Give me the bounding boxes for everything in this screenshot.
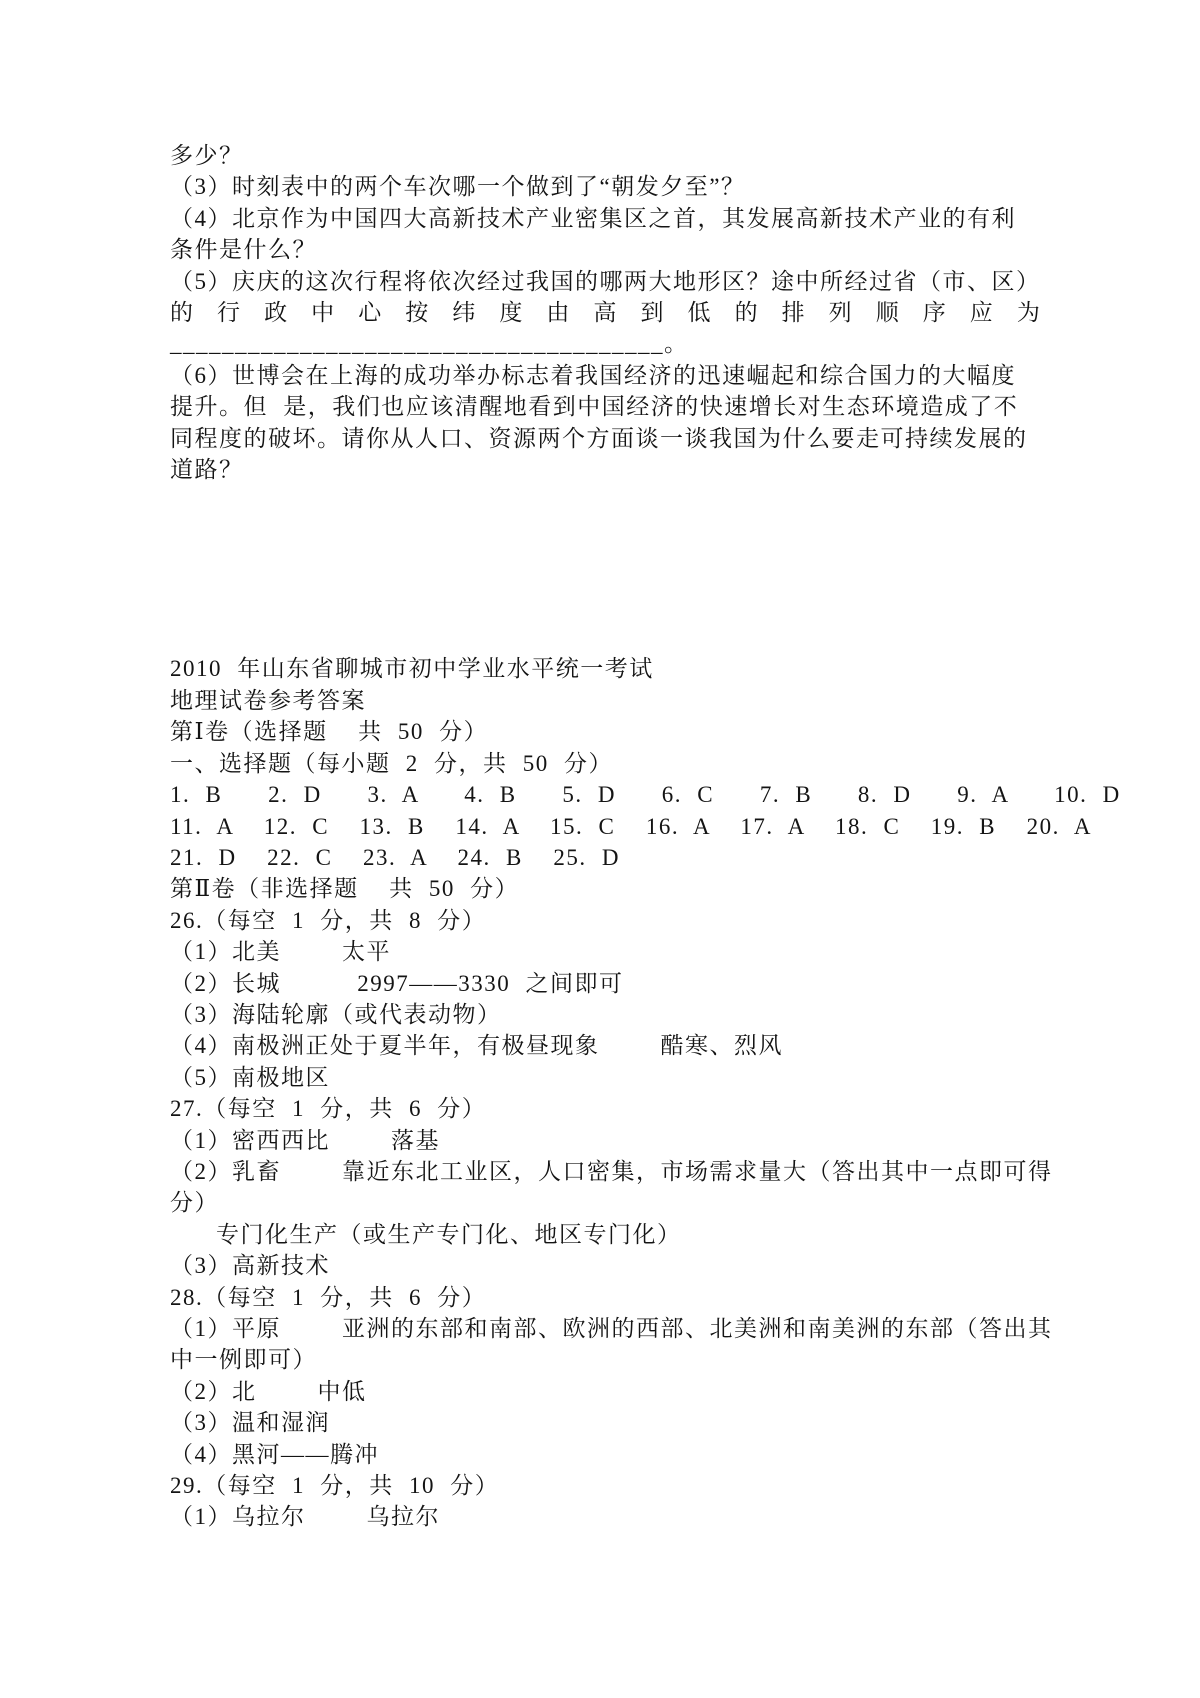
justified-char: 纬 <box>452 297 475 328</box>
multiple-choice-heading: 一、选择题（每小题 2 分，共 50 分） <box>170 748 1040 779</box>
text-line: 条件是什么？ <box>170 234 1040 265</box>
question-29-heading: 29.（每空 1 分，共 10 分） <box>170 1470 1040 1501</box>
text-line: （1）乌拉尔 乌拉尔 <box>170 1501 1040 1532</box>
answer-key-title: 地理试卷参考答案 <box>170 685 1040 716</box>
justified-char: 应 <box>970 297 993 328</box>
text-line: 同程度的破坏。请你从人口、资源两个方面谈一谈我国为什么要走可持续发展的 <box>170 423 1040 454</box>
justified-char: 心 <box>358 297 381 328</box>
text-line: 中一例即可） <box>170 1344 1040 1375</box>
text-line: （3）高新技术 <box>170 1250 1040 1281</box>
text-line: （5）南极地区 <box>170 1062 1040 1093</box>
text-line: （6）世博会在上海的成功举办标志着我国经济的迅速崛起和综合国力的大幅度 <box>170 360 1040 391</box>
text-line: 分） <box>170 1187 1040 1218</box>
text-line: （3）海陆轮廓（或代表动物） <box>170 999 1040 1030</box>
text-line: 提升。但 是，我们也应该清醒地看到中国经济的快速增长对生态环境造成了不 <box>170 391 1040 422</box>
text-line: 道路？ <box>170 454 1040 485</box>
blank-answer-line: ______________________________________。 <box>170 328 1040 359</box>
justified-char: 的 <box>735 297 758 328</box>
text-line: （5）庆庆的这次行程将依次经过我国的哪两大地形区？途中所经过省（市、区） <box>170 266 1040 297</box>
text-line: 多少？ <box>170 140 1040 171</box>
justified-char: 顺 <box>876 297 899 328</box>
text-line: （1）平原 亚洲的东部和南部、欧洲的西部、北美洲和南美洲的东部（答出其 <box>170 1313 1040 1344</box>
choice-answers-row-3: 21. D 22. C 23. A 24. B 25. D <box>170 842 1040 873</box>
justified-char: 为 <box>1017 297 1040 328</box>
question-27-heading: 27.（每空 1 分，共 6 分） <box>170 1093 1040 1124</box>
justified-char: 高 <box>593 297 616 328</box>
justified-char: 的 <box>170 297 193 328</box>
text-line: （1）北美 太平 <box>170 936 1040 967</box>
text-line: （4）南极洲正处于夏半年，有极昼现象 酷寒、烈风 <box>170 1030 1040 1061</box>
text-line: （4）北京作为中国四大高新技术产业密集区之首，其发展高新技术产业的有利 <box>170 203 1040 234</box>
justified-char: 按 <box>405 297 428 328</box>
justified-char: 序 <box>923 297 946 328</box>
text-line: 的行政中心按纬度由高到低的排列顺序应为 <box>170 297 1040 328</box>
text-line: （2）长城 2997——3330 之间即可 <box>170 968 1040 999</box>
justified-char: 由 <box>546 297 569 328</box>
text-line: （2）乳畜 靠近东北工业区，人口密集，市场需求量大（答出其中一点即可得 <box>170 1156 1040 1187</box>
text-line: （3）时刻表中的两个车次哪一个做到了“朝发夕至”？ <box>170 171 1040 202</box>
justified-char: 中 <box>311 297 334 328</box>
justified-char: 低 <box>688 297 711 328</box>
justified-char: 列 <box>829 297 852 328</box>
text-line <box>170 485 1040 653</box>
choice-answers-row-2: 11. A 12. C 13. B 14. A 15. C 16. A 17. … <box>170 811 1040 842</box>
justified-char: 度 <box>499 297 522 328</box>
exam-title: 2010 年山东省聊城市初中学业水平统一考试 <box>170 653 1040 684</box>
section-2-heading: 第Ⅱ卷（非选择题 共 50 分） <box>170 873 1040 904</box>
justified-char: 政 <box>264 297 287 328</box>
justified-char: 行 <box>217 297 240 328</box>
text-line: （3）温和湿润 <box>170 1407 1040 1438</box>
document-page: 多少？（3）时刻表中的两个车次哪一个做到了“朝发夕至”？（4）北京作为中国四大高… <box>0 0 1200 1698</box>
text-line: （1）密西西比 落基 <box>170 1125 1040 1156</box>
text-line: 专门化生产（或生产专门化、地区专门化） <box>170 1219 1040 1250</box>
justified-char: 到 <box>640 297 663 328</box>
choice-answers-row-1: 1. B 2. D 3. A 4. B 5. D 6. C 7. B 8. D … <box>170 779 1040 810</box>
section-1-heading: 第Ⅰ卷（选择题 共 50 分） <box>170 716 1040 747</box>
justified-char: 排 <box>782 297 805 328</box>
text-line: （2）北 中低 <box>170 1376 1040 1407</box>
text-line: （4）黑河——腾冲 <box>170 1439 1040 1470</box>
question-26-heading: 26.（每空 1 分，共 8 分） <box>170 905 1040 936</box>
question-28-heading: 28.（每空 1 分，共 6 分） <box>170 1282 1040 1313</box>
